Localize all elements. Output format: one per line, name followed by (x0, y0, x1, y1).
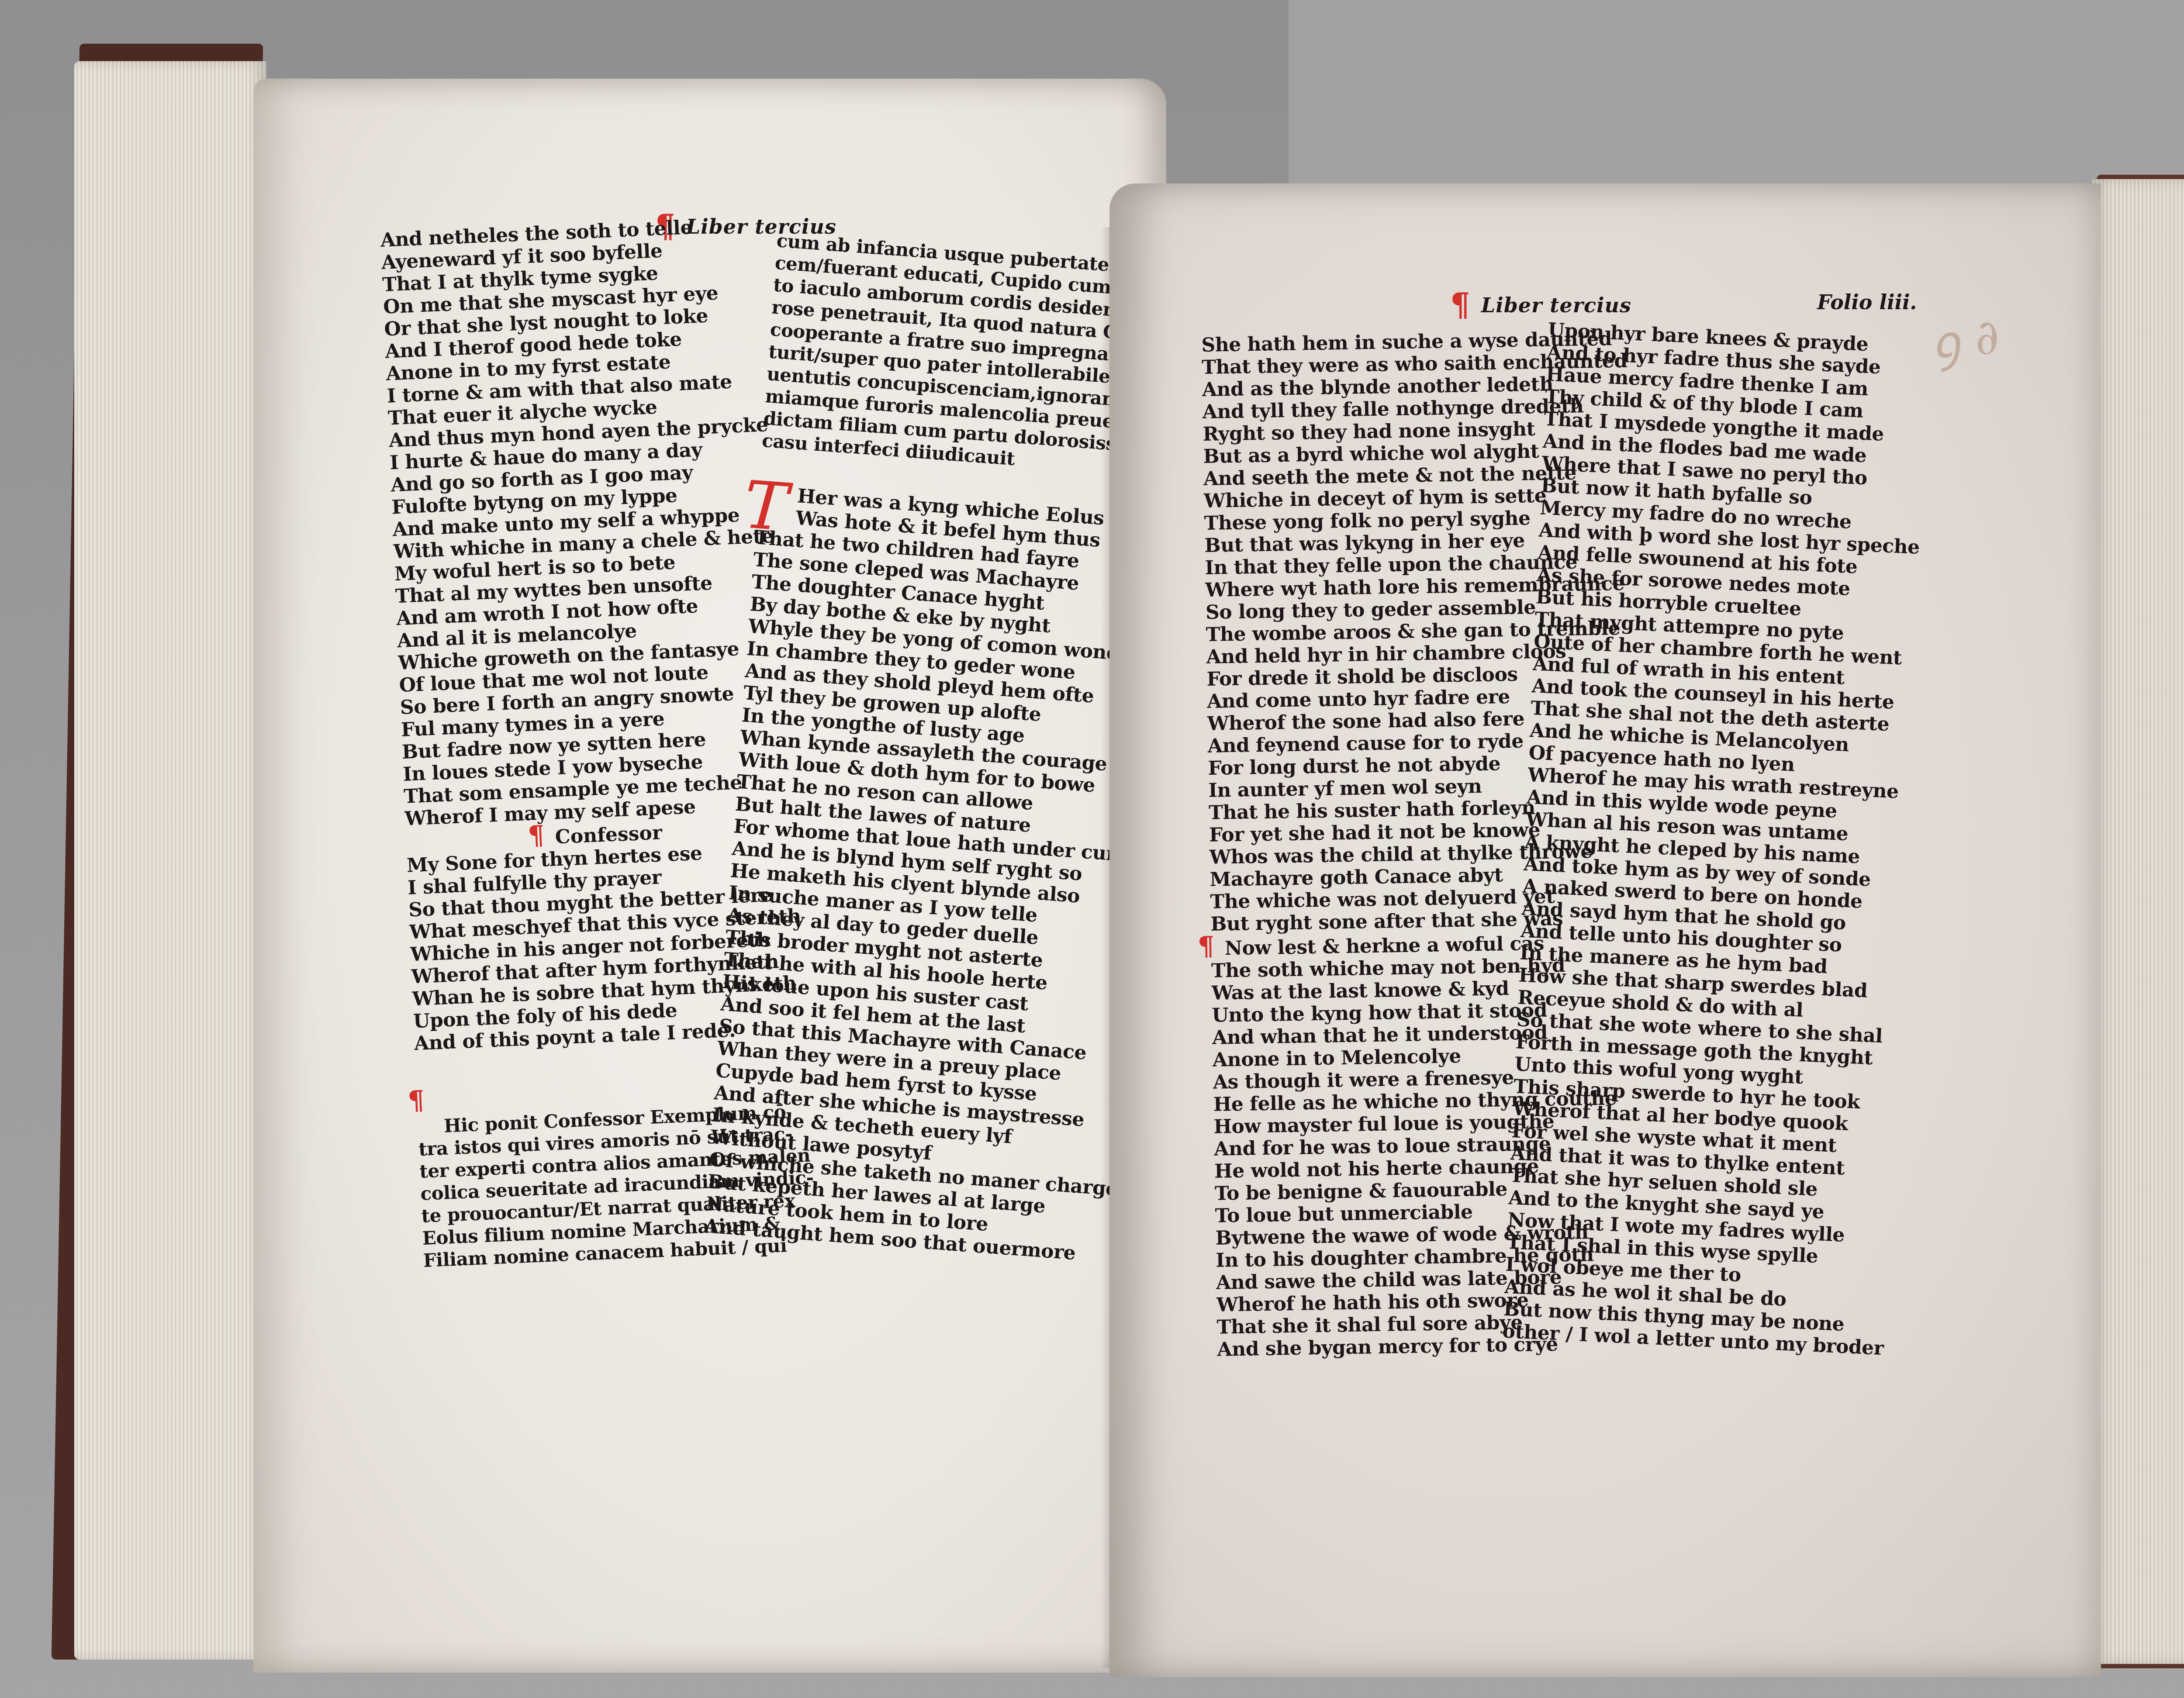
verse-block: Upon hyr bare knees & prayde And to hyr … (1502, 319, 1930, 1360)
pilcrow-icon: ¶ (527, 820, 545, 851)
folio-number: Folio liii. (1817, 290, 1917, 314)
right-page-column-2: Upon hyr bare knees & prayde And to hyr … (1502, 319, 1930, 1360)
page-block-left (74, 61, 266, 1660)
running-head-text: Liber tercius (1481, 293, 1631, 317)
rubricated-initial: T (743, 481, 790, 532)
page-block-right (2092, 179, 2184, 1664)
left-page: ¶Liber tercius And netheles the soth to … (253, 79, 1166, 1673)
running-head: ¶Liber tercius (1450, 286, 1631, 323)
verse-block: T Her was a kyng whiche Eolus Was hote &… (704, 482, 1168, 1267)
right-page: ¶Liber tercius Folio liii. ꝯ ∂ She hath … (1109, 183, 2101, 1677)
pilcrow-icon: ¶ (1197, 931, 1214, 962)
margin-annotation: ꝯ ∂ (1926, 301, 2003, 376)
pilcrow-icon: ¶ (1450, 286, 1471, 323)
verse-block: And netheles the soth to telle Ayeneward… (380, 213, 798, 830)
